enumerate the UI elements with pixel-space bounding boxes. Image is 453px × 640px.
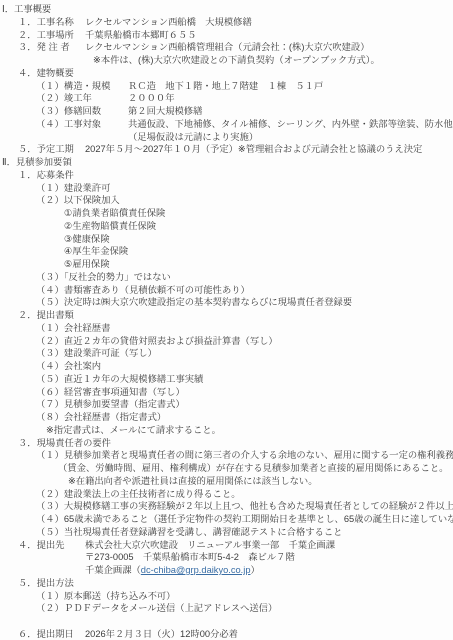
line-label: （１）構造・規模 (36, 81, 110, 91)
doc-line: （５）直近１カ年の大規模修繕工事実績 (0, 373, 453, 386)
doc-line: （２）以下保険加入 (0, 194, 453, 207)
doc-line: ※在籍出向者や派遣社員は直接的雇用関係には該当しない。 (0, 475, 453, 488)
doc-line: Ⅱ．見積参加要領 (0, 156, 453, 169)
line-label: １．工事名称 (18, 17, 74, 27)
line-label: ３．発 注 者 (18, 42, 70, 52)
doc-line: （１）構造・規模ＲＣ造 地下１階・地上７階建 １棟 ５１戸 (0, 80, 453, 93)
line-value: レクセルマンション西船橋 大規模修繕 (85, 16, 252, 29)
line-label: ６．提出期日 (18, 629, 74, 639)
line-value: 2026年２月３日（火）12時00分必着 (85, 628, 238, 640)
doc-line: （１）建設業許可 (0, 182, 453, 195)
document-page: Ⅰ．工事概要１．工事名称レクセルマンション西船橋 大規模修繕２．工事場所千葉県船… (0, 0, 453, 640)
doc-line: ③健康保険 (0, 233, 453, 246)
line-text: 千葉企画課（ (85, 565, 141, 575)
doc-line: （４）会社案内 (0, 360, 453, 373)
doc-line: ６．提出期日2026年２月３日（火）12時00分必着 (0, 628, 453, 640)
line-label: ５．予定工期 (18, 144, 74, 154)
doc-line: （２）建設業法上の主任技術者に成り得ること。 (0, 488, 453, 501)
doc-line: ②生産物賠償責任保険 (0, 220, 453, 233)
doc-line: （１）見積参加業者と現場責任者の間に第三者の介入する余地のない、雇用に関する一定… (0, 449, 453, 462)
doc-line: ４．建物概要 (0, 67, 453, 80)
doc-line: ※本件は、(株)大京穴吹建設との下請負契約（オープンブック方式）。 (0, 54, 453, 67)
doc-line: （２）直近２カ年の貸借対照表および損益計算書（写し） (0, 335, 453, 348)
doc-line: （足場仮設は元請により実施） (0, 131, 453, 144)
doc-line: （７）見積参加要望書（指定書式） (0, 398, 453, 411)
line-value: 共通仮設、下地補修、タイル補修、シーリング、内外壁・鉄部等塗装、防水他 (128, 118, 453, 131)
line-value: ＲＣ造 地下１階・地上７階建 １棟 ５１戸 (128, 80, 323, 93)
doc-line: （５）当社現場責任者登録講習を受講し、講習確認テストに合格すること (0, 526, 453, 539)
doc-line: （２）ＰＤＦデータをメール送信（上記アドレスへ送信） (0, 602, 453, 615)
doc-line: 〒273-0005 千葉県船橋市本町5-4-2 森ビル７階 (0, 551, 453, 564)
doc-line: ５．予定工期2027年５月～2027年１０月（予定）※管理組合および元請会社と協… (0, 143, 453, 156)
line-label: ４．提出先 (18, 540, 65, 550)
doc-line: （１）会社経歴書 (0, 322, 453, 335)
doc-line: （３）「反社会的勢力」ではない (0, 271, 453, 284)
doc-line: ⑤雇用保険 (0, 258, 453, 271)
doc-line: ２．提出書類 (0, 309, 453, 322)
doc-line: （３）大規模修繕工事の実務経験が２年以上且つ、他社も含めた現場責任者としての経験… (0, 500, 453, 513)
doc-line: ３．現場責任者の要件 (0, 437, 453, 450)
doc-line: （５）決定時は㈱大京穴吹建設指定の基本契約書ならびに現場責任者登録要 (0, 296, 453, 309)
line-label: （４）工事対象 (36, 119, 101, 129)
doc-line: ①請負業者賠償責任保険 (0, 207, 453, 220)
email-link[interactable]: dc-chiba@grp.daikyo.co.jp (141, 565, 251, 575)
line-label: ２．工事場所 (18, 30, 74, 40)
doc-line: （賃金、労働時間、雇用、権利構成）が存在する見積参加業者と直接的雇用関係にあるこ… (0, 462, 453, 475)
doc-line: （８）会社経歴書（指定書式） (0, 411, 453, 424)
doc-line (0, 615, 453, 628)
doc-line: （２）竣工年２０００年 (0, 92, 453, 105)
doc-line: （６）経営審査事項通知書（写し） (0, 386, 453, 399)
line-value: 千葉県船橋市本郷町６５５ (85, 29, 197, 42)
doc-line: Ⅰ．工事概要 (0, 3, 453, 16)
line-value: 株式会社大京穴吹建設 リニューアル事業一部 千葉企画課 (85, 539, 335, 552)
line-value: レクセルマンション西船橋管理組合（元請会社：(株)大京穴吹建設） (85, 41, 370, 54)
line-value: 第２回大規模修繕 (128, 105, 202, 118)
doc-line: （４）65歳未満であること（選任予定物件の契約工期開始日を基準とし、65歳の誕生… (0, 513, 453, 526)
doc-line: ３．発 注 者レクセルマンション西船橋管理組合（元請会社：(株)大京穴吹建設） (0, 41, 453, 54)
line-value: 2027年５月～2027年１０月（予定）※管理組合および元請会社と協議のうえ決定 (85, 143, 422, 156)
doc-line: ４．提出先株式会社大京穴吹建設 リニューアル事業一部 千葉企画課 (0, 539, 453, 552)
line-label: （３）修繕回数 (36, 106, 101, 116)
doc-line: １．工事名称レクセルマンション西船橋 大規模修繕 (0, 16, 453, 29)
doc-line: 千葉企画課（dc-chiba@grp.daikyo.co.jp） (0, 564, 453, 577)
doc-line: ④厚生年金保険 (0, 245, 453, 258)
doc-line: （３）建設業許可証（写し） (0, 347, 453, 360)
doc-line: ※指定書式は、メールにて請求すること。 (0, 424, 453, 437)
doc-line: （３）修繕回数第２回大規模修繕 (0, 105, 453, 118)
doc-line: ２．工事場所千葉県船橋市本郷町６５５ (0, 29, 453, 42)
line-value: ２０００年 (128, 92, 175, 105)
line-label: （２）竣工年 (36, 93, 92, 103)
doc-line: １．応募条件 (0, 169, 453, 182)
doc-line: ５．提出方法 (0, 577, 453, 590)
doc-line: （４）工事対象共通仮設、下地補修、タイル補修、シーリング、内外壁・鉄部等塗装、防… (0, 118, 453, 131)
doc-line: （１）原本郵送（持ち込み不可） (0, 590, 453, 603)
line-text: ） (251, 565, 260, 575)
doc-line: （４）書類審査あり（見積依頼不可の可能性あり） (0, 284, 453, 297)
